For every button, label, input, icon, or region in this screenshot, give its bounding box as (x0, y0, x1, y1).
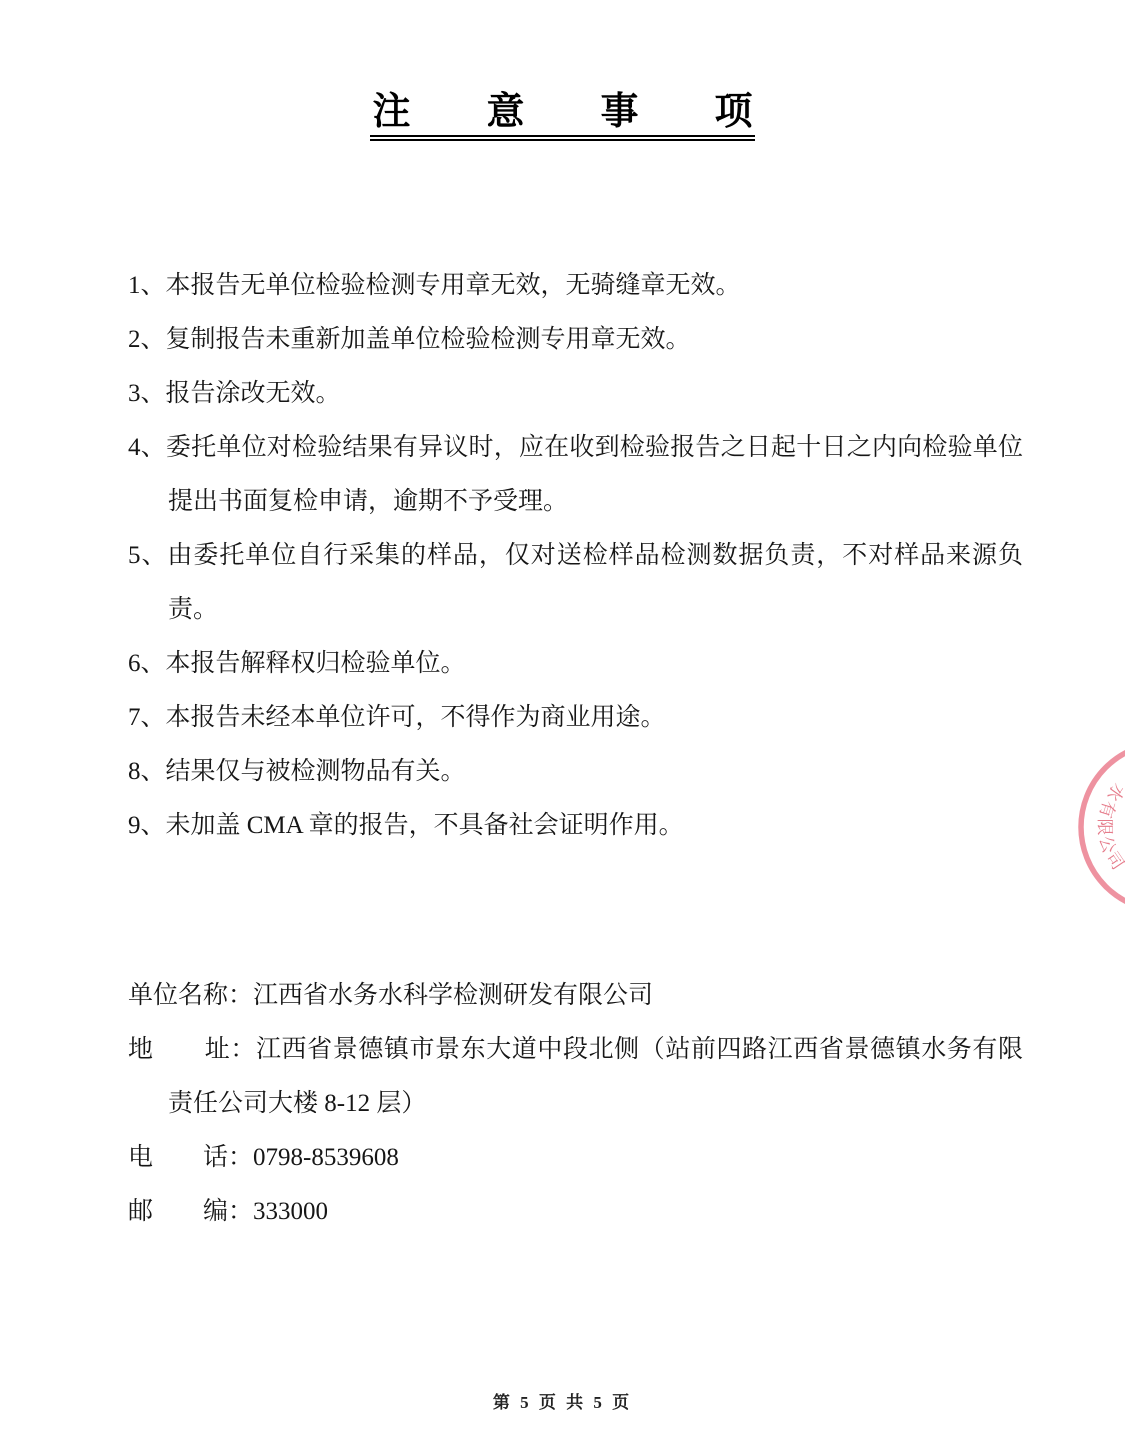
contact-row-phone: 电 话：0798-8539608 (128, 1131, 1023, 1185)
note-item-8: 8、结果仅与被检测物品有关。 (128, 745, 1023, 799)
stamp-char: 水 (1103, 780, 1125, 805)
page-number-footer: 第 5 页 共 5 页 (0, 1388, 1125, 1413)
stamp-char: 有 (1096, 798, 1119, 820)
note-item-4: 4、委托单位对检验结果有异议时，应在收到检验报告之日起十日之内向检验单位提出书面… (128, 421, 1023, 529)
contact-row-company-name: 单位名称：江西省水务水科学检测研发有限公司 (128, 969, 1023, 1023)
contact-row-address: 地 址：江西省景德镇市景东大道中段北侧（站前四路江西省景德镇水务有限责任公司大楼… (128, 1023, 1023, 1131)
contact-value: 江西省水务水科学检测研发有限公司 (253, 982, 653, 1009)
contact-label: 地 址： (128, 1036, 256, 1063)
note-item-9: 9、未加盖 CMA 章的报告，不具备社会证明作用。 (128, 799, 1023, 853)
company-seal-stamp-icon: 水 有 限 公 司 (1060, 735, 1125, 920)
contact-label: 电 话： (128, 1144, 253, 1171)
contact-label: 单位名称： (128, 982, 253, 1009)
stamp-char: 限 (1095, 819, 1114, 836)
note-item-2: 2、复制报告未重新加盖单位检验检测专用章无效。 (128, 313, 1023, 367)
notes-list: 1、本报告无单位检验检测专用章无效，无骑缝章无效。 2、复制报告未重新加盖单位检… (128, 259, 1023, 853)
note-item-3: 3、报告涂改无效。 (128, 367, 1023, 421)
note-item-7: 7、本报告未经本单位许可，不得作为商业用途。 (128, 691, 1023, 745)
contact-value: 江西省景德镇市景东大道中段北侧（站前四路江西省景德镇水务有限责任公司大楼 8-1… (168, 1036, 1023, 1117)
stamp-char: 公 (1096, 834, 1119, 856)
contact-block: 单位名称：江西省水务水科学检测研发有限公司 地 址：江西省景德镇市景东大道中段北… (128, 969, 1023, 1239)
stamp-char: 司 (1102, 849, 1125, 874)
contact-row-postal-code: 邮 编：333000 (128, 1185, 1023, 1239)
contact-value: 333000 (253, 1198, 328, 1225)
contact-label: 邮 编： (128, 1198, 253, 1225)
note-item-6: 6、本报告解释权归检验单位。 (128, 637, 1023, 691)
note-item-5: 5、由委托单位自行采集的样品，仅对送检样品检测数据负责，不对样品来源负责。 (128, 529, 1023, 637)
note-item-1: 1、本报告无单位检验检测专用章无效，无骑缝章无效。 (128, 259, 1023, 313)
page-title: 注 意 事 项 (370, 92, 754, 141)
contact-value: 0798-8539608 (253, 1144, 399, 1171)
title-row: 注 意 事 项 (0, 0, 1125, 141)
